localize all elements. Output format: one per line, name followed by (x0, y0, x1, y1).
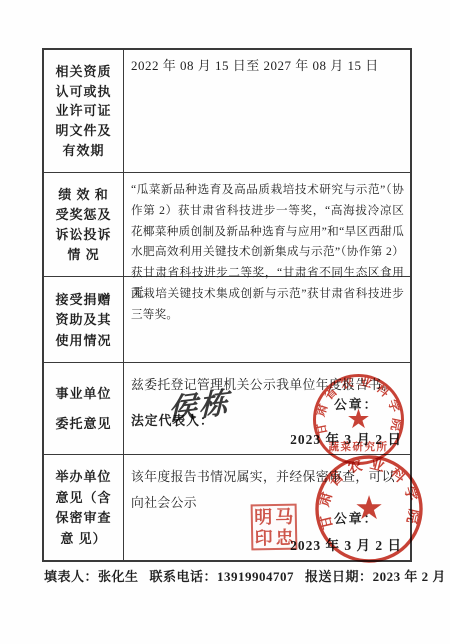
round-seal-academy: 甘肃省农业科学院 ★ (313, 453, 425, 565)
label-line: 资助及其 (55, 313, 111, 326)
seal-star-icon: ★ (354, 488, 384, 527)
label-line: 受奖惩及 (55, 208, 111, 221)
donations-value: 无 (131, 283, 404, 303)
validity-period-value: 2022 年 08 月 15 日至 2027 年 08 月 15 日 (131, 56, 404, 76)
annual-report-page: 相关资质 认可或执 业许可证 明文件及 有效期 2022 年 08 月 15 日… (0, 0, 450, 644)
seal-char: 印 (255, 529, 273, 547)
submit-date-label: 报送日期： (305, 569, 373, 584)
donations-cell: 无 (124, 277, 410, 362)
seal-star-icon: ★ (346, 404, 370, 435)
seal-char: 明 (254, 508, 272, 526)
seal-char: 忠 (276, 528, 294, 546)
row-label-unit-opinion: 事业单位 委托意见 (44, 363, 124, 454)
square-personal-seal: 明 马 印 忠 (251, 504, 298, 551)
row-label-sponsor-opinion: 举办单位 意见（含 保密审查 意 见） (44, 455, 124, 560)
label-line: 事业单位 (55, 387, 111, 400)
label-line: 有效期 (62, 144, 104, 157)
label-line: 相关资质 (55, 65, 111, 78)
seal-graphic: 甘肃省农业科学院 ★ (313, 453, 425, 565)
footer-info-line: 填表人：张化生联系电话：13919904707报送日期：2023 年 2 月 2… (44, 566, 424, 585)
label-line: 情 况 (67, 248, 99, 261)
submit-date-value: 2023 年 2 月 27 日 (373, 569, 450, 584)
row-label-donations: 接受捐赠 资助及其 使用情况 (44, 277, 124, 362)
label-line: 接受捐赠 (55, 293, 111, 306)
label-line: 保密审查 (55, 511, 111, 524)
label-line: 使用情况 (55, 334, 111, 347)
qualification-validity-cell: 2022 年 08 月 15 日至 2027 年 08 月 15 日 (124, 50, 410, 172)
label-line: 委托意见 (55, 417, 111, 430)
phone-label: 联系电话： (150, 569, 218, 584)
row-label-qualification: 相关资质 认可或执 业许可证 明文件及 有效期 (44, 50, 124, 172)
filled-by-value: 张化生 (98, 569, 139, 584)
phone-value: 13919904707 (217, 569, 294, 584)
label-line: 举办单位 (55, 470, 111, 483)
label-line: 业许可证 (55, 104, 111, 117)
table-row-qualification: 相关资质 认可或执 业许可证 明文件及 有效期 2022 年 08 月 15 日… (44, 50, 410, 172)
label-line: 明文件及 (55, 124, 111, 137)
row-label-performance: 绩 效 和 受奖惩及 诉讼投诉 情 况 (44, 173, 124, 276)
table-row-performance: 绩 效 和 受奖惩及 诉讼投诉 情 况 “瓜菜新品种选育及高品质栽培技术研究与示… (44, 172, 410, 276)
seal-sub-text: 蔬菜研究所 (328, 440, 389, 453)
performance-cell: “瓜菜新品种选育及高品质栽培技术研究与示范”（协作第 2）获甘肃省科技进步一等奖… (124, 173, 410, 276)
seal-char: 马 (275, 507, 293, 525)
label-line: 意见（含 (55, 491, 111, 504)
table-row-donations: 接受捐赠 资助及其 使用情况 无 (44, 276, 410, 362)
label-line: 绩 效 和 (58, 188, 109, 201)
label-line: 诉讼投诉 (55, 228, 111, 241)
filled-by-label: 填表人： (44, 569, 98, 584)
label-line: 认可或执 (55, 85, 111, 98)
legal-representative-signature: 侯栋 (168, 380, 230, 429)
label-line: 意 见） (60, 532, 106, 545)
